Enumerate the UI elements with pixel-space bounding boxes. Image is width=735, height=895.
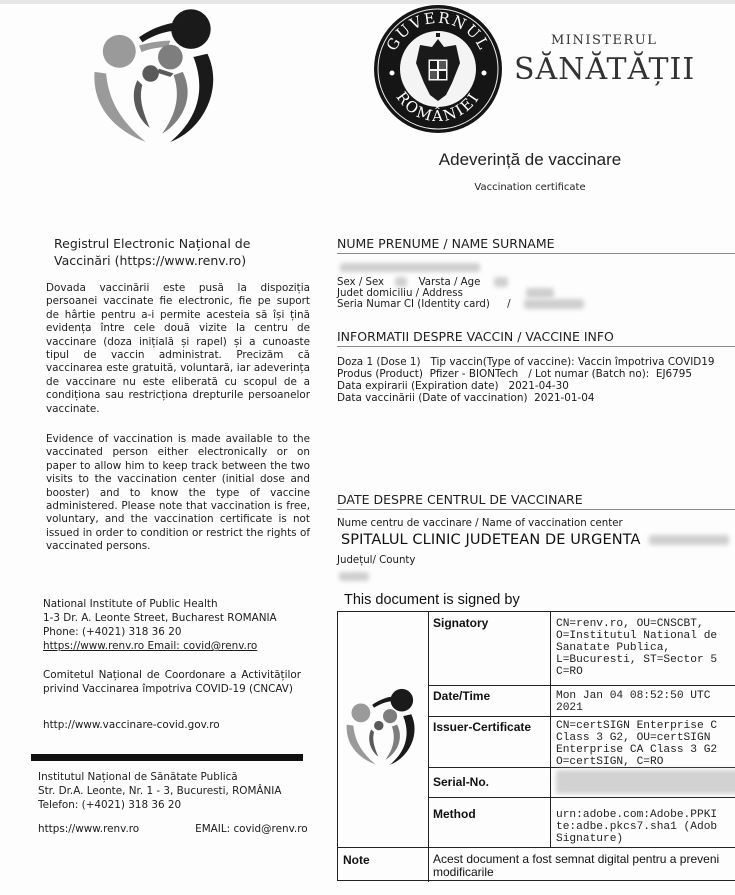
renv-family-logo-small	[343, 687, 423, 767]
footer-institute: Institutul Național de Sănătate Publică …	[38, 770, 318, 812]
section-center-heading: DATE DESPRE CENTRUL DE VACCINARE	[337, 492, 735, 510]
county-label: Județul/ County	[337, 555, 415, 566]
signature-heading: This document is signed by	[344, 592, 520, 608]
redacted-name	[340, 263, 480, 272]
section-name-heading: NUME PRENUME / NAME SURNAME	[337, 236, 735, 254]
redacted-county	[339, 572, 369, 581]
redacted-center-suffix	[649, 535, 729, 545]
registry-title: Registrul Electronic Național de Vaccină…	[54, 235, 294, 269]
signatory-value: CN=renv.ro, OU=CNSCBT, O=Institutul Nati…	[556, 618, 717, 678]
institute-contact: National Institute of Public Health 1-3 …	[43, 597, 313, 653]
paragraph-romanian: Dovada vaccinării este pusă la dispoziți…	[46, 282, 310, 416]
redacted-address	[526, 288, 554, 298]
center-name: SPITALUL CLINIC JUDETEAN DE URGENTA	[341, 532, 729, 548]
footer-website-link[interactable]: https://www.renv.ro	[38, 823, 139, 835]
ministry-name: SĂNĂTĂȚII	[514, 52, 695, 87]
personal-info: Sex / Sex Varsta / Age Judet domiciliu /…	[337, 277, 732, 310]
committee-url-link[interactable]: http://www.vaccinare-covid.gov.ro	[43, 719, 220, 731]
redacted-id	[524, 299, 584, 309]
section-vaccine-heading: INFORMATII DESPRE VACCIN / VACCINE INFO	[337, 329, 735, 347]
institute-address: 1-3 Dr. A. Leonte Street, Bucharest ROMA…	[43, 611, 313, 625]
vaccination-date: 2021-01-04	[534, 392, 594, 404]
footer-email-link[interactable]: EMAIL: covid@renv.ro	[195, 823, 307, 835]
serial-label: Serial-No.	[433, 775, 489, 789]
method-value: urn:adobe.com:Adobe.PPKI te:adbe.pkcs7.s…	[556, 809, 717, 845]
method-label: Method	[433, 807, 476, 821]
romanian-government-seal: GUVERNUL ROMÂNIEI	[372, 3, 504, 135]
redacted-serial	[556, 770, 735, 794]
issuer-value: CN=certSIGN Enterprise C Class 3 G2, OU=…	[556, 720, 717, 768]
batch-number: EJ6795	[656, 368, 692, 380]
redacted-age	[494, 277, 508, 287]
divider-bar	[31, 754, 303, 761]
center-name-label: Nume centru de vaccinare / Name of vacci…	[337, 518, 623, 529]
datetime-label: Date/Time	[433, 689, 490, 703]
institute-name: National Institute of Public Health	[43, 597, 313, 611]
redacted-sex	[395, 277, 407, 287]
institute-phone: Phone: (+4021) 318 36 20	[43, 625, 313, 639]
scan-edge	[0, 0, 735, 4]
note-label: Note	[343, 853, 370, 867]
datetime-value: Mon Jan 04 08:52:50 UTC 2021	[556, 690, 710, 714]
note-value: Acest document a fost semnat digital pen…	[433, 853, 735, 879]
signature-table: Signatory CN=renv.ro, OU=CNSCBT, O=Insti…	[337, 611, 735, 881]
certificate-title: Adeverință de vaccinare	[330, 150, 730, 170]
certificate-subtitle: Vaccination certificate	[330, 182, 730, 193]
renv-family-logo	[88, 6, 228, 146]
vaccine-info: Doza 1 (Dose 1) Tip vaccin(Type of vacci…	[337, 356, 735, 404]
issuer-label: Issuer-Certificate	[433, 720, 531, 734]
expiry-date: 2021-04-30	[508, 380, 568, 392]
institute-web-email-link[interactable]: https://www.renv.ro Email: covid@renv.ro	[43, 639, 313, 653]
paragraph-english: Evidence of vaccination is made availabl…	[46, 433, 310, 554]
signatory-label: Signatory	[433, 616, 488, 630]
footer-links: https://www.renv.ro EMAIL: covid@renv.ro	[38, 823, 318, 835]
ministry-label: MINISTERUL	[551, 33, 657, 48]
committee-name: Comitetul Național de Coordonare a Activ…	[43, 668, 301, 696]
